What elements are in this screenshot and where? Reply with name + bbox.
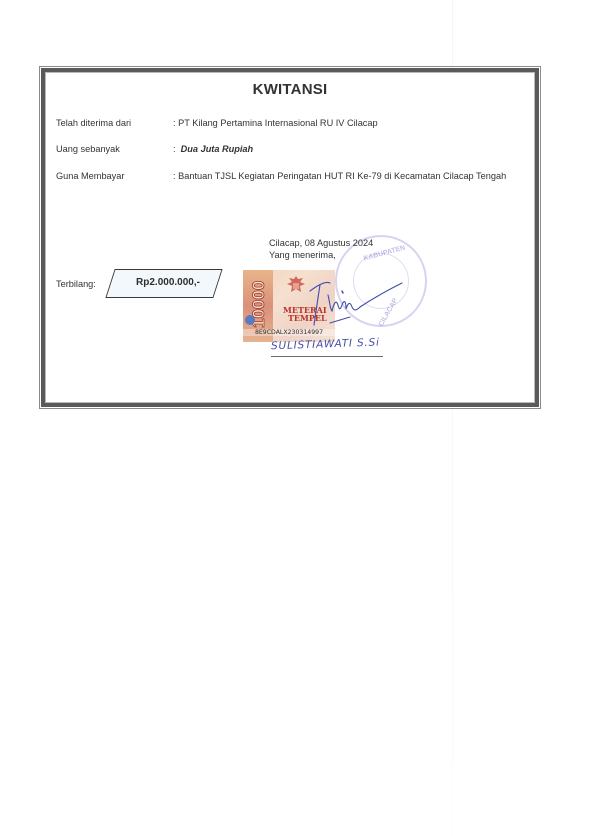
- amount-value: Rp2.000.000,-: [123, 277, 213, 288]
- signature-underline: [271, 356, 383, 357]
- field-amount-words: Uang sebanyak: Dua Juta Rupiah: [56, 144, 253, 154]
- terbilang-label: Terbilang:: [56, 279, 96, 289]
- field-separator: :: [173, 171, 176, 181]
- meterai-hologram-icon: [245, 315, 255, 325]
- receipt-frame: KWITANSI Telah diterima dari: PT Kilang …: [41, 68, 539, 407]
- handwritten-signature: [290, 267, 410, 347]
- field-value: Bantuan TJSL Kegiatan Peringatan HUT RI …: [178, 171, 506, 181]
- field-value: Dua Juta Rupiah: [181, 144, 254, 154]
- place-date: Cilacap, 08 Agustus 2024: [269, 238, 373, 250]
- field-label: Guna Membayar: [56, 171, 173, 181]
- field-label: Telah diterima dari: [56, 118, 173, 128]
- amount-box: Rp2.000.000,-: [105, 269, 223, 298]
- receipt-title: KWITANSI: [45, 81, 535, 98]
- recipient-label: Yang menerima,: [269, 250, 373, 262]
- field-value: PT Kilang Pertamina Internasional RU IV …: [178, 118, 378, 128]
- field-label: Uang sebanyak: [56, 144, 173, 154]
- field-purpose: Guna Membayar: Bantuan TJSL Kegiatan Per…: [56, 171, 506, 181]
- field-received-from: Telah diterima dari: PT Kilang Pertamina…: [56, 118, 378, 128]
- field-separator: :: [173, 118, 176, 128]
- field-separator: :: [173, 144, 176, 154]
- signature-block: Cilacap, 08 Agustus 2024 Yang menerima,: [269, 238, 373, 261]
